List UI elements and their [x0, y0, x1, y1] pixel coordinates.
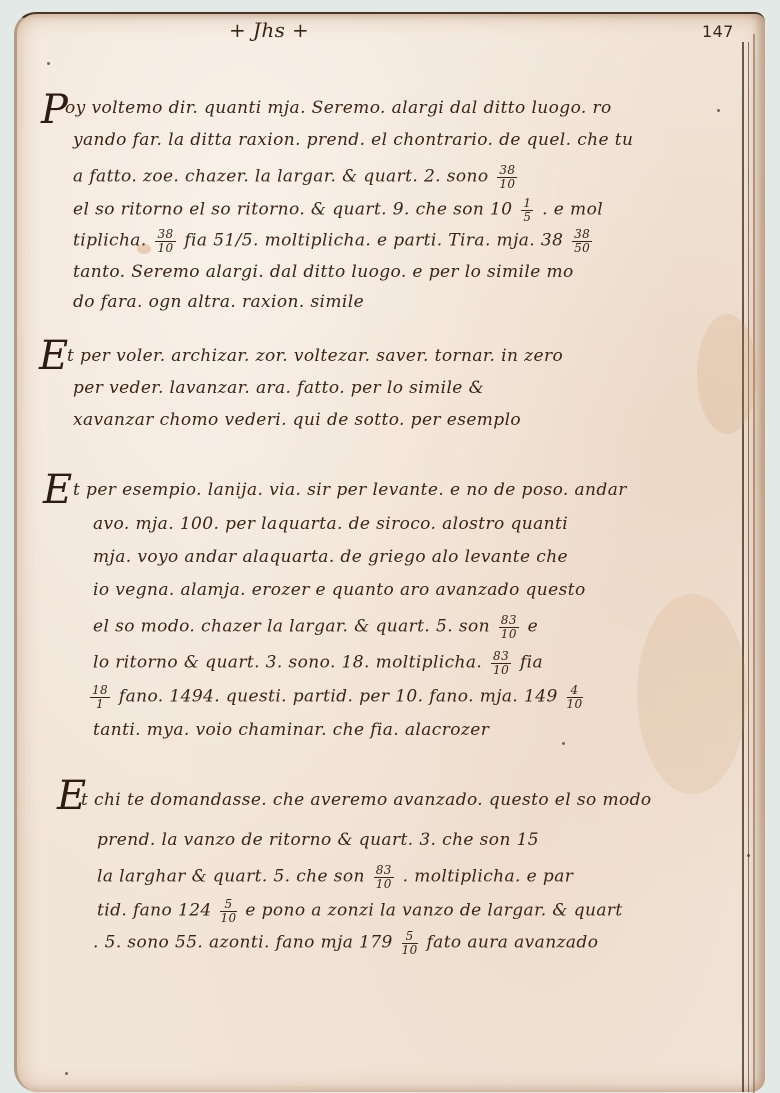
text-line: t per esempio. lanija. via. sir per leva…: [73, 482, 627, 499]
fraction: 510: [402, 930, 418, 956]
text-line: el so modo. chazer la largar. & quart. 5…: [93, 614, 538, 640]
text-line: t per voler. archizar. zor. voltezar. sa…: [67, 348, 563, 365]
text-line: 181 fano. 1494. questi. partid. per 10. …: [87, 684, 586, 710]
text-line: per veder. lavanzar. ara. fatto. per lo …: [73, 380, 484, 397]
text-line: oy voltemo dir. quanti mja. Seremo. alar…: [65, 100, 612, 117]
text-line: tanti. mya. voio chaminar. che fia. alac…: [93, 722, 489, 739]
text-line: yando far. la ditta raxion. prend. el ch…: [73, 132, 633, 149]
text-line: la larghar & quart. 5. che son 8310 . mo…: [97, 864, 573, 890]
text-line: prend. la vanzo de ritorno & quart. 3. c…: [97, 832, 539, 849]
fraction: 3810: [155, 228, 175, 254]
paper-speck: [747, 854, 750, 857]
fraction: 15: [521, 197, 533, 223]
paper-speck: [47, 62, 50, 65]
text-line: el so ritorno el so ritorno. & quart. 9.…: [73, 197, 603, 223]
text-line: tiplicha. 3810 fia 51/5. moltiplicha. e …: [73, 228, 595, 254]
text-line: tanto. Seremo alargi. dal ditto luogo. e…: [73, 264, 574, 281]
paragraph-initial: E: [39, 336, 68, 376]
fraction: 3850: [572, 228, 592, 254]
fraction: 3810: [497, 164, 517, 190]
fraction: 181: [90, 684, 110, 710]
page-edge: [742, 42, 749, 1092]
fraction: 8310: [491, 650, 511, 676]
fraction: 8310: [374, 864, 394, 890]
fraction: 510: [220, 898, 236, 924]
text-line: . 5. sono 55. azonti. fano mja 179 510 f…: [93, 930, 598, 956]
fraction: 8310: [499, 614, 519, 640]
page-edge-inner: [753, 34, 755, 1093]
text-line: avo. mja. 100. per laquarta. de siroco. …: [93, 516, 568, 533]
text-line: lo ritorno & quart. 3. sono. 18. moltipl…: [93, 650, 543, 676]
paragraph-initial: E: [43, 470, 72, 510]
text-line: xavanzar chomo vederi. qui de sotto. per…: [73, 412, 521, 429]
text-line: do fara. ogn altra. raxion. simile: [73, 294, 364, 311]
paper-speck: [717, 109, 720, 112]
text-line: tid. fano 124 510 e pono a zonzi la vanz…: [97, 898, 623, 924]
text-line: a fatto. zoe. chazer. la largar. & quart…: [73, 164, 520, 190]
paragraph-initial: P: [41, 90, 68, 130]
text-line: io vegna. alamja. erozer e quanto aro av…: [93, 582, 586, 599]
text-line: t chi te domandasse. che averemo avanzad…: [81, 792, 652, 809]
paper-speck: [65, 1072, 68, 1075]
header-invocation: + Jhs +: [229, 20, 309, 40]
folio-number: 147: [702, 24, 734, 40]
paper-stain: [637, 594, 747, 794]
paper-stain: [697, 314, 757, 434]
fraction: 410: [567, 684, 583, 710]
text-line: mja. voyo andar alaquarta. de griego alo…: [93, 549, 568, 566]
paper-speck: [562, 742, 565, 745]
manuscript-page: + Jhs + 147 P oy voltemo dir. quanti mja…: [14, 12, 765, 1092]
